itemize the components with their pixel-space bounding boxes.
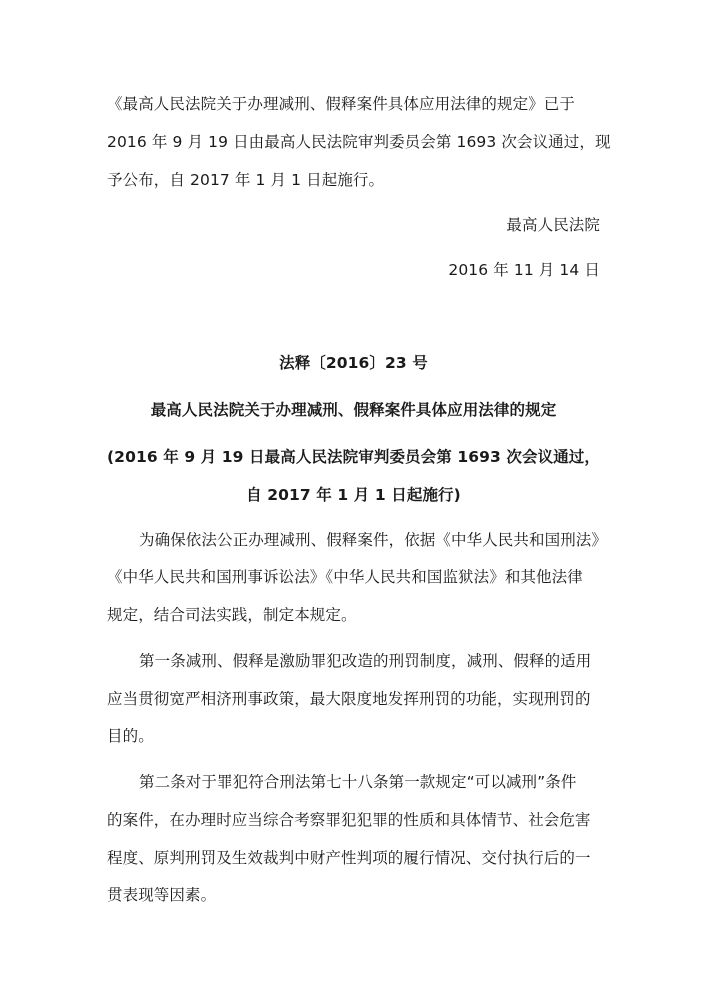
preamble-line-1: 为确保依法公正办理减刑、假释案件，依据《中华人民共和国刑法》 [107, 529, 600, 551]
announcement-line-1: 《最高人民法院关于办理减刑、假释案件具体应用法律的规定》已于 [107, 93, 600, 115]
article-2-line-2: 的案件，在办理时应当综合考察罪犯犯罪的性质和具体情节、社会危害 [107, 809, 600, 831]
announcement-date: 2016 年 11 月 14 日 [107, 259, 600, 281]
article-1-line-3: 目的。 [107, 725, 600, 747]
article-1-line-1: 第一条减刑、假释是激励罪犯改造的刑罚制度，减刑、假释的适用 [107, 650, 600, 672]
document-subtitle-line-1: (2016 年 9 月 19 日最高人民法院审判委员会第 1693 次会议通过， [107, 446, 600, 468]
signature: 最高人民法院 [107, 214, 600, 236]
document-title: 最高人民法院关于办理减刑、假释案件具体应用法律的规定 [107, 399, 600, 421]
article-2-line-3: 程度、原判刑罚及生效裁判中财产性判项的履行情况、交付执行后的一 [107, 847, 600, 869]
preamble-line-3: 规定，结合司法实践，制定本规定。 [107, 604, 600, 626]
article-1-line-2: 应当贯彻宽严相济刑事政策，最大限度地发挥刑罚的功能，实现刑罚的 [107, 688, 600, 710]
preamble-line-2: 《中华人民共和国刑事诉讼法》《中华人民共和国监狱法》和其他法律 [107, 566, 600, 588]
article-2-line-1: 第二条对于罪犯符合刑法第七十八条第一款规定“可以减刑”条件 [107, 771, 600, 793]
announcement-line-2: 2016 年 9 月 19 日由最高人民法院审判委员会第 1693 次会议通过，… [107, 131, 600, 153]
announcement-line-3: 予公布，自 2017 年 1 月 1 日起施行。 [107, 169, 600, 191]
document-subtitle-line-2: 自 2017 年 1 月 1 日起施行) [107, 484, 600, 506]
document-number: 法释〔2016〕23 号 [107, 352, 600, 374]
article-2-line-4: 贯表现等因素。 [107, 884, 600, 906]
